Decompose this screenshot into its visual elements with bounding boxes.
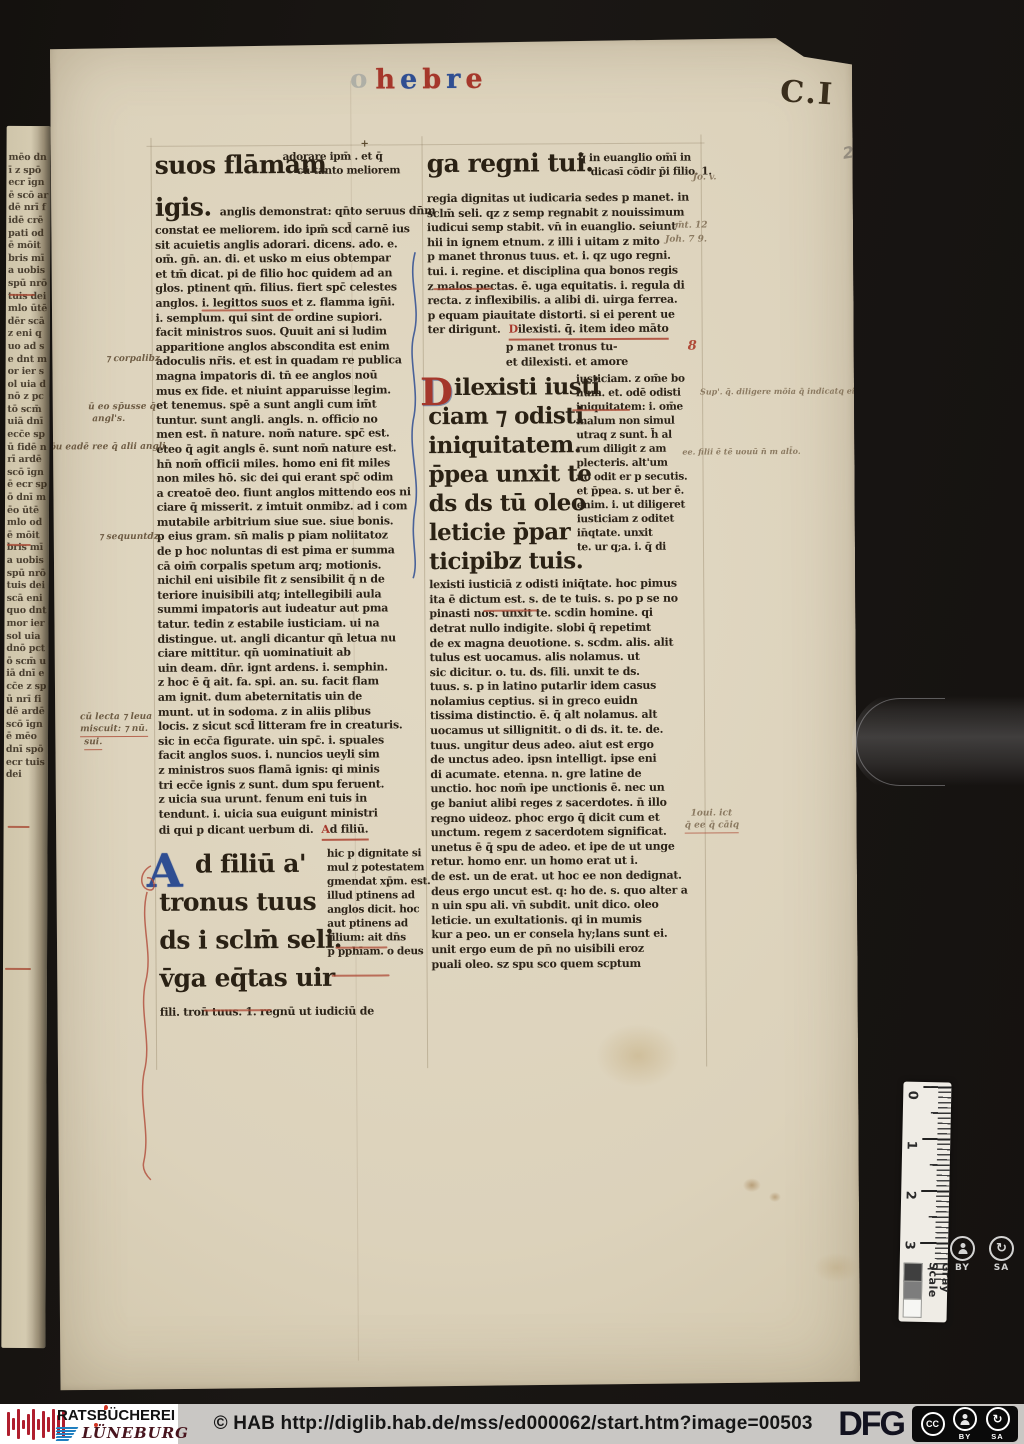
margin-citation: Joh. 7 9. <box>665 234 707 246</box>
margin-note: 1oui. ict <box>691 808 733 820</box>
red-underline-decor <box>7 544 31 546</box>
red-underline-decor <box>572 409 630 411</box>
red-underline-decor <box>433 288 493 290</box>
library-name: RATSBÜCHEREI <box>57 1407 175 1424</box>
folio-mark: C.I <box>779 74 835 112</box>
gray-scale-label: Gray Scale <box>926 1262 952 1319</box>
parchment-stain <box>743 1178 761 1192</box>
by-icon: BY <box>950 1236 975 1273</box>
red-underline-decor <box>332 974 390 976</box>
by-label: BY <box>955 1263 970 1273</box>
gloss-line: cū tanto meliorem <box>297 163 423 178</box>
rubric-ad-filium: Ad filiū. <box>321 823 368 841</box>
red-underline-decor <box>8 826 30 828</box>
sa-label: SA <box>994 1263 1009 1273</box>
red-underline-decor <box>5 968 31 970</box>
commentary-block: lexisti iusticiā z odisti iniq̄tate. hoc… <box>429 577 703 973</box>
lemma-block-ad-filium: A d filiū a' tronus tuus ds i sclm̄ seli… <box>159 844 428 1006</box>
lemma-text: ilexisti iusti <box>428 372 570 402</box>
commentary-line: fili. tron̄ tuus. 1. regnū ut iudiciū de <box>160 1004 428 1020</box>
commentary-line: p manet tronus tu- <box>428 339 700 355</box>
pencil-foliation: 248 <box>841 139 877 163</box>
gray-scale-patch: Gray Scale <box>903 1262 952 1319</box>
lemma-gloss-column: iusticiam. z om̄e bonum. et. odē odistii… <box>576 372 699 555</box>
gloss-line: adorare ipm̄ . et q̄ <box>283 149 423 164</box>
parchment-stain <box>769 1192 781 1202</box>
lemma-text: iniquitatem. <box>428 430 570 460</box>
manuscript-page: o hebre C.I 248 suos flāmam + adorare ip… <box>50 38 860 1391</box>
lemma-text: ciam ⁊ odisti <box>428 401 570 431</box>
library-logo: RATSBÜCHEREI LÜNEBURG <box>0 1404 178 1444</box>
lemma-text: v̄ga eq̄tas uir <box>159 959 321 998</box>
gray-scale-ruler: 0 1 2 3 4 Gray Scale <box>898 1082 951 1323</box>
facing-page-edge: mēo dnī z spō ecr īgnē scō ardē nrī fidē… <box>1 126 50 1348</box>
gray-scale-squares <box>903 1264 923 1318</box>
footer-bar: RATSBÜCHEREI LÜNEBURG © HAB http://digli… <box>0 1404 1024 1444</box>
interlinear-gloss: q̄ in euanglio om̄ī in dicasī cōdir p̄i … <box>579 151 699 180</box>
ruler-number: 3 <box>901 1237 916 1253</box>
open-book-icon <box>56 1427 78 1441</box>
margin-note: ⁊ sequuntdz. <box>99 532 162 544</box>
margin-citation: Jo. v. <box>693 172 717 184</box>
license-watermark: BY ↻ SA <box>950 1236 1014 1273</box>
lemma-text: d filiū a' <box>159 845 321 884</box>
commentary-line: di qui p dicant uerbum di. <box>159 823 314 839</box>
sa-icon: ↻ SA <box>989 1236 1014 1273</box>
gloss-line: q̄ in euanglio om̄ī in <box>579 151 699 166</box>
person-icon <box>958 1243 967 1254</box>
library-city: LÜNEBURG <box>82 1424 189 1442</box>
sa-icon: ↻ SA <box>986 1407 1010 1441</box>
margin-note: sui. <box>84 737 102 750</box>
ruler-number: 2 <box>902 1187 917 1203</box>
lemma-text: igis. <box>155 191 212 223</box>
margin-note: Sup'. q̄. diligere mōia q̄ indicatq ei <box>700 386 855 398</box>
ruler-ticks-major <box>919 1086 951 1287</box>
ruler-number: 1 <box>904 1137 919 1153</box>
ruler-number: 0 <box>905 1087 920 1103</box>
parchment-stain <box>813 1253 859 1283</box>
dfg-logo: DFG <box>838 1405 904 1444</box>
commentary-line: et dilexisti. et amore <box>428 354 700 370</box>
red-margin-mark: 8 <box>688 339 697 354</box>
by-icon: BY <box>953 1407 977 1441</box>
sa-label: SA <box>991 1432 1003 1441</box>
red-underline-decor <box>483 609 537 611</box>
umlaut-dot-decor <box>94 1423 98 1427</box>
red-underline-decor <box>335 946 387 948</box>
umlaut-dot-decor <box>104 1405 108 1410</box>
rubric-dilexisti: Dilexisti. q̄. item ideo māto <box>509 322 669 341</box>
margin-note: q̄ ee q̄ cāiq <box>685 820 740 833</box>
margin-note: angl's. <box>92 414 125 426</box>
lemma-text: leticie p̄par <box>429 517 571 547</box>
running-title: o hebre <box>350 64 488 96</box>
red-underline-decor <box>204 1009 272 1011</box>
lemma-text: tronus tuus <box>159 883 321 922</box>
red-underline-decor <box>9 294 35 296</box>
commentary-line: ter dirigunt. <box>428 323 501 338</box>
running-title-letters: hebre <box>375 64 487 96</box>
margin-note: cū lecta ⁊ leua <box>80 712 152 724</box>
lemma-text: ds ds tū oleo <box>429 488 571 518</box>
share-alike-arrow-icon: ↻ <box>996 1242 1007 1255</box>
cross-icon: + <box>360 138 422 149</box>
facing-page-text-fragment: mēo dnī z spō ecr īgnē scō ardē nrī fidē… <box>4 126 50 782</box>
lemma-gloss-column: hic p dignitate simul z potestatemgmenda… <box>327 846 428 959</box>
commentary-block: regia dignitas ut iudicaria sedes p mane… <box>427 191 700 324</box>
margin-citation: m̄t. 12 <box>675 220 708 232</box>
lemma-text: p̄pea unxit te <box>428 459 570 489</box>
by-label: BY <box>959 1432 971 1441</box>
text-column-right: ga regni tui. q̄ in euanglio om̄ī in dic… <box>427 147 704 973</box>
cc-license-badge: CC BY ↻ SA <box>912 1406 1018 1442</box>
red-pen-flourish <box>133 862 161 1182</box>
blue-pen-flourish <box>403 250 427 580</box>
margin-note: ū eo sp̄usse q̄ <box>88 402 156 414</box>
interlinear-gloss: + adorare ipm̄ . et q̄ cū tanto meliorem <box>282 138 422 178</box>
running-title-offset-ghost: o <box>350 65 368 95</box>
digitized-manuscript-viewer: mēo dnī z spō ecr īgnē scō ardē nrī fidē… <box>0 0 1024 1444</box>
commentary-block: constat ee meliorem. ido ipm̄ scd̄ carnē… <box>155 222 427 822</box>
margin-note: ee. filii ē tē uouū n̄ m alt̄o. <box>682 446 800 458</box>
gloss-line: dicasī cōdir p̄i filio. 1. <box>591 165 699 180</box>
margin-note: sp̄u eadē ree q̄ alii angli. <box>44 442 168 454</box>
attribution-text: © HAB http://diglib.hab.de/mss/ed000062/… <box>178 1413 834 1435</box>
commentary-line: anglis demonstrat: qn̄to seruus dn̄m <box>220 204 436 220</box>
text-column-left: suos flāmam + adorare ipm̄ . et q̄ cū ta… <box>155 148 428 1020</box>
cc-icon: CC <box>921 1412 945 1436</box>
margin-note: miscuit: ⁊ nū. <box>80 724 148 737</box>
lemma-text: ticipibz tuis. <box>429 546 571 576</box>
margin-note: ⁊ corpalibz <box>106 354 160 366</box>
page-holder-strip <box>852 692 1024 792</box>
lemma-block-dilexisti: D ilexisti iusti ciam ⁊ odisti iniquitat… <box>428 372 701 579</box>
lemma-text: ds i sclm̄ seli. <box>159 921 321 960</box>
parchment-stain <box>596 1024 680 1089</box>
